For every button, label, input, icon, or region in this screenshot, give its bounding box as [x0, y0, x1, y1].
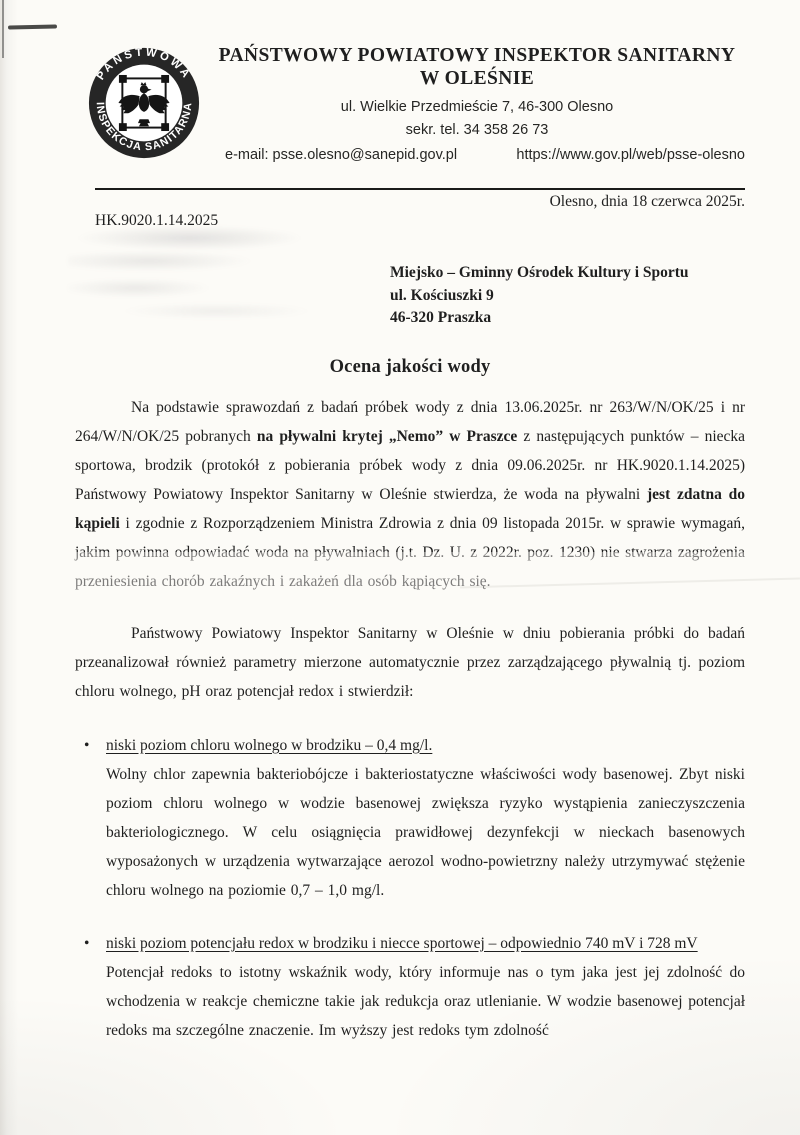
- recipient-street: ul. Kościuszki 9: [390, 285, 745, 308]
- sanitary-inspection-seal: PAŃSTWOWA INSPEKCJA SANITARNA: [85, 44, 203, 162]
- finding-heading-redox: niski poziom potencjału redox w brodziku…: [106, 929, 745, 958]
- seal-graphic: PAŃSTWOWA INSPEKCJA SANITARNA: [85, 44, 203, 162]
- list-item-body: niski poziom chloru wolnego w brodziku –…: [106, 731, 745, 905]
- website-url: https://www.gov.pl/web/psse-olesno: [516, 147, 745, 163]
- recipient-name: Miejsko – Gminny Ośrodek Kultury i Sport…: [390, 262, 745, 285]
- recipient-city: 46-320 Praszka: [390, 307, 745, 330]
- letter-body: Olesno, dnia 18 czerwca 2025r. HK.9020.1…: [0, 188, 800, 1045]
- paragraph-text: i zgodnie z Rozporządzeniem Ministra Zdr…: [75, 515, 745, 590]
- reference-number: HK.9020.1.14.2025: [95, 212, 745, 230]
- bullet-icon: •: [75, 929, 106, 1045]
- list-item: • niski poziom potencjału redox w brodzi…: [75, 929, 745, 1045]
- finding-text-redox: Potencjał redoks to istotny wskaźnik wod…: [106, 958, 745, 1045]
- phone-line: sekr. tel. 34 358 26 73: [209, 122, 745, 138]
- paragraph-assessment: Na podstawie sprawozdań z badań próbek w…: [75, 393, 745, 596]
- finding-heading-chlorine: niski poziom chloru wolnego w brodziku –…: [106, 731, 745, 760]
- address-line: ul. Wielkie Przedmieście 7, 46-300 Olesn…: [209, 99, 745, 115]
- list-item-body: niski poziom potencjału redox w brodziku…: [106, 929, 745, 1045]
- document-title: Ocena jakości wody: [75, 357, 745, 378]
- scanned-letter-page: PAŃSTWOWA INSPEKCJA SANITARNA: [0, 0, 800, 1135]
- email-address: e-mail: psse.olesno@sanepid.gov.pl: [225, 147, 457, 163]
- letterhead-text: PAŃSTWOWY POWIATOWY INSPEKTOR SANITARNY …: [203, 40, 745, 163]
- organization-name-line2: W OLEŚNIE: [209, 67, 745, 90]
- finding-text-chlorine: Wolny chlor zapewnia bakteriobójcze i ba…: [106, 760, 745, 905]
- findings-list: • niski poziom chloru wolnego w brodziku…: [75, 731, 745, 1045]
- bullet-icon: •: [75, 731, 106, 905]
- recipient-block: Miejsko – Gminny Ośrodek Kultury i Sport…: [390, 262, 745, 330]
- list-item: • niski poziom chloru wolnego w brodziku…: [75, 731, 745, 905]
- place-and-date: Olesno, dnia 18 czerwca 2025r.: [75, 193, 745, 211]
- paragraph-parameters: Państwowy Powiatowy Inspektor Sanitarny …: [75, 619, 745, 706]
- bold-pool-name: na pływalni krytej „Nemo” w Praszce: [257, 428, 517, 445]
- scan-edge-artifact: [2, 0, 4, 58]
- header-divider: [95, 188, 745, 190]
- contact-row: e-mail: psse.olesno@sanepid.gov.pl https…: [209, 147, 745, 163]
- organization-name-line1: PAŃSTWOWY POWIATOWY INSPEKTOR SANITARNY: [209, 44, 745, 67]
- letterhead: PAŃSTWOWA INSPEKCJA SANITARNA: [0, 0, 800, 163]
